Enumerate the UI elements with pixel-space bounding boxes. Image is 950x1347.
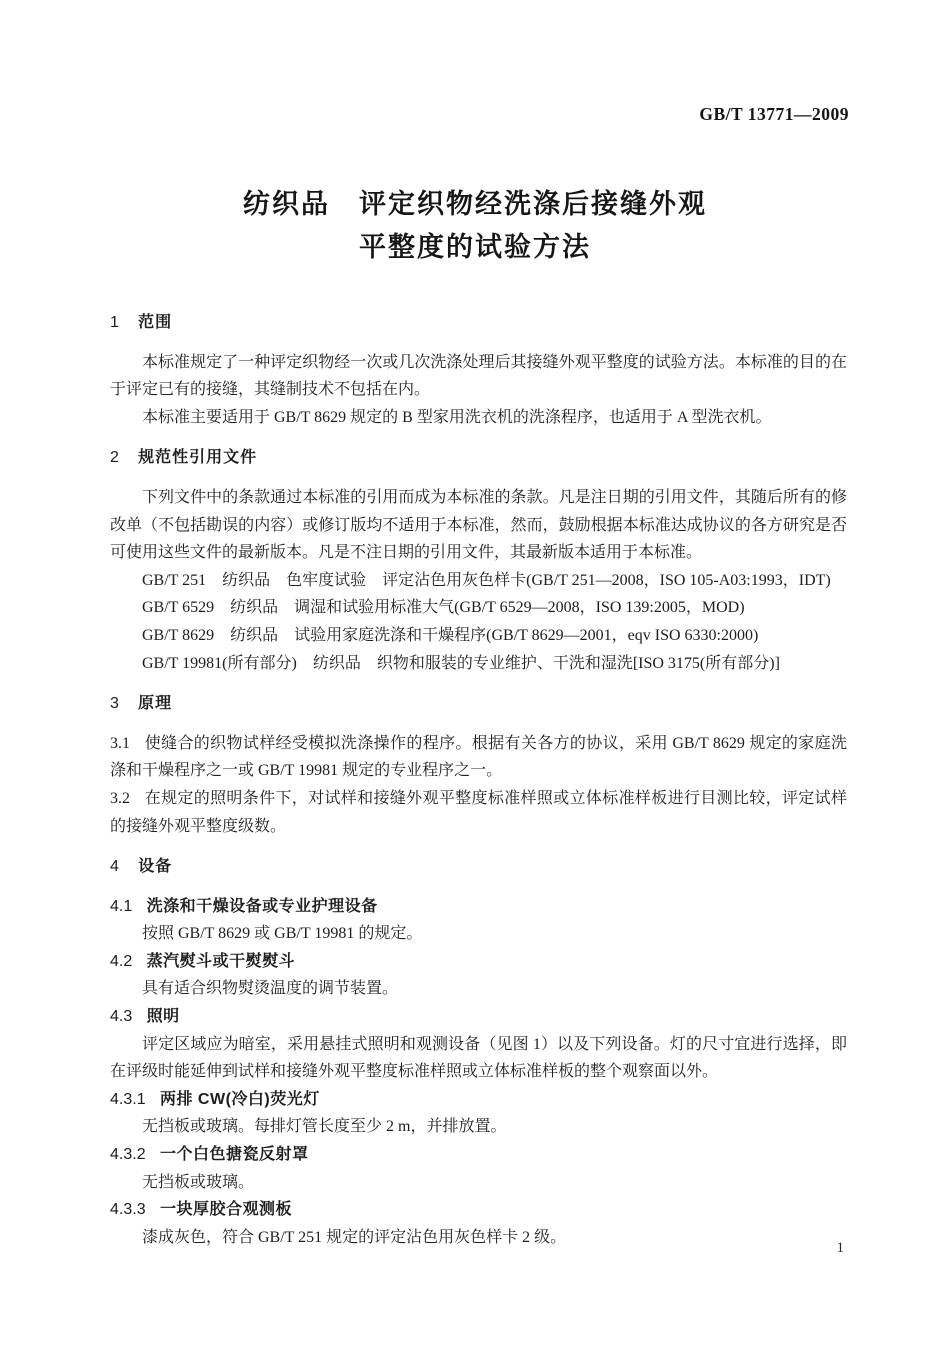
clause-heading: 4.3.1两排 CW(冷白)荧光灯 xyxy=(110,1086,847,1114)
paragraph: 漆成灰色，符合 GB/T 251 规定的评定沾色用灰色样卡 2 级。 xyxy=(110,1224,847,1252)
clause-heading: 4.3.3一块厚胶合观测板 xyxy=(110,1196,847,1224)
clause-number: 3.2 xyxy=(110,790,130,807)
paragraph: 无挡板或玻璃。 xyxy=(110,1169,847,1197)
paragraph: 下列文件中的条款通过本标准的引用而成为本标准的条款。凡是注日期的引用文件，其随后… xyxy=(110,484,847,567)
section-heading: 2规范性引用文件 xyxy=(110,444,847,472)
clause-text: 范围 xyxy=(138,314,172,331)
clause-text: 原理 xyxy=(138,695,172,712)
clause-text: 一块厚胶合观测板 xyxy=(160,1201,292,1218)
document-body: 1范围本标准规定了一种评定织物经一次或几次洗涤处理后其接缝外观平整度的试验方法。… xyxy=(110,296,847,1251)
standard-number: GB/T 13771—2009 xyxy=(699,104,849,125)
clause-number: 4.2 xyxy=(110,953,132,970)
clause-text: 照明 xyxy=(147,1008,180,1025)
paragraph: 评定区域应为暗室，采用悬挂式照明和观测设备（见图 1）以及下列设备。灯的尺寸宜进… xyxy=(110,1031,847,1086)
clause-text: 一个白色搪瓷反射罩 xyxy=(160,1146,309,1163)
clause-text: 使缝合的织物试样经受模拟洗涤操作的程序。根据有关各方的协议，采用 GB/T 86… xyxy=(110,735,847,780)
paragraph: GB/T 19981(所有部分) 纺织品 织物和服装的专业维护、干洗和湿洗[IS… xyxy=(110,650,847,678)
clause-text: 规范性引用文件 xyxy=(138,449,257,466)
paragraph: GB/T 251 纺织品 色牢度试验 评定沾色用灰色样卡(GB/T 251—20… xyxy=(110,567,847,595)
section-heading: 1范围 xyxy=(110,309,847,337)
clause-number: 4 xyxy=(110,858,119,875)
paragraph: 本标准主要适用于 GB/T 8629 规定的 B 型家用洗衣机的洗涤程序，也适用… xyxy=(110,404,847,432)
clause-text: 两排 CW(冷白)荧光灯 xyxy=(160,1091,320,1108)
clause-heading: 4.3照明 xyxy=(110,1003,847,1031)
paragraph: 无挡板或玻璃。每排灯管长度至少 2 m，并排放置。 xyxy=(110,1113,847,1141)
clause-heading: 4.3.2一个白色搪瓷反射罩 xyxy=(110,1141,847,1169)
clause-text: 在规定的照明条件下，对试样和接缝外观平整度标准样照或立体标准样板进行目测比较，评… xyxy=(110,790,847,835)
paragraph: 3.2在规定的照明条件下，对试样和接缝外观平整度标准样照或立体标准样板进行目测比… xyxy=(110,785,847,840)
paragraph: 按照 GB/T 8629 或 GB/T 19981 的规定。 xyxy=(110,920,847,948)
clause-number: 2 xyxy=(110,449,119,466)
clause-number: 4.3 xyxy=(110,1008,132,1025)
document-title-line2: 平整度的试验方法 xyxy=(0,226,950,269)
paragraph: 3.1使缝合的织物试样经受模拟洗涤操作的程序。根据有关各方的协议，采用 GB/T… xyxy=(110,730,847,785)
clause-number: 4.3.3 xyxy=(110,1201,146,1218)
clause-number: 3.1 xyxy=(110,735,130,752)
section-heading: 3原理 xyxy=(110,690,847,718)
section-heading: 4设备 xyxy=(110,853,847,881)
clause-number: 4.1 xyxy=(110,898,132,915)
paragraph: GB/T 8629 纺织品 试验用家庭洗涤和干燥程序(GB/T 8629—200… xyxy=(110,622,847,650)
clause-number: 4.3.1 xyxy=(110,1091,146,1108)
paragraph: 本标准规定了一种评定织物经一次或几次洗涤处理后其接缝外观平整度的试验方法。本标准… xyxy=(110,349,847,404)
clause-text: 设备 xyxy=(138,858,172,875)
clause-number: 1 xyxy=(110,314,119,331)
document-title-line1: 纺织品 评定织物经洗涤后接缝外观 xyxy=(0,183,950,226)
paragraph: 具有适合织物熨烫温度的调节装置。 xyxy=(110,975,847,1003)
document-title: 纺织品 评定织物经洗涤后接缝外观 平整度的试验方法 xyxy=(0,183,950,269)
page-number: 1 xyxy=(837,1240,845,1257)
clause-text: 蒸汽熨斗或干熨熨斗 xyxy=(147,953,296,970)
paragraph: GB/T 6529 纺织品 调湿和试验用标准大气(GB/T 6529—2008，… xyxy=(110,594,847,622)
clause-heading: 4.2蒸汽熨斗或干熨熨斗 xyxy=(110,948,847,976)
clause-number: 4.3.2 xyxy=(110,1146,146,1163)
clause-number: 3 xyxy=(110,695,119,712)
document-page: GB/T 13771—2009 纺织品 评定织物经洗涤后接缝外观 平整度的试验方… xyxy=(0,0,950,1347)
clause-heading: 4.1洗涤和干燥设备或专业护理设备 xyxy=(110,893,847,921)
clause-text: 洗涤和干燥设备或专业护理设备 xyxy=(147,898,378,915)
